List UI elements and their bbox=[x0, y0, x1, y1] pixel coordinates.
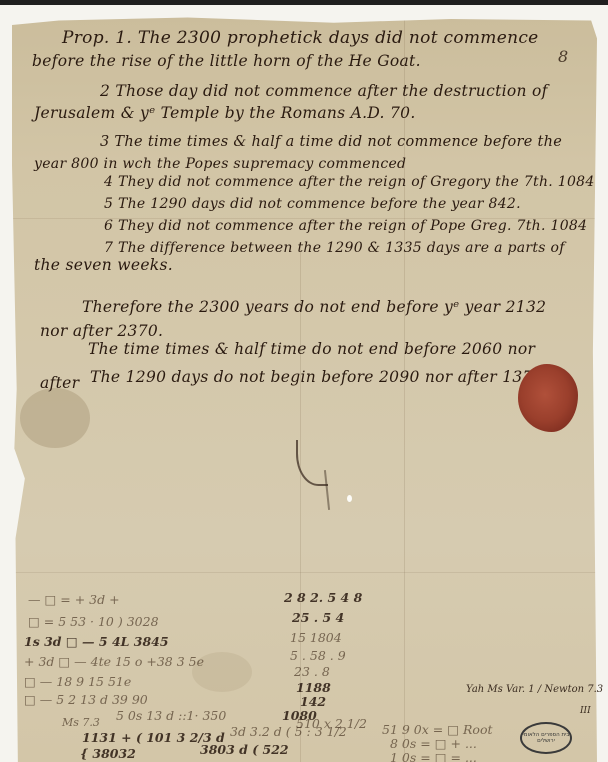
proposition-line: 7 The difference between the 1290 & 1335… bbox=[104, 240, 565, 256]
conclusion-line: after bbox=[40, 374, 79, 392]
calculation-line: 8 0s = □ + ... bbox=[390, 736, 477, 751]
proposition-line: 4 They did not commence after the reign … bbox=[104, 174, 595, 190]
calculation-line: 23 . 8 bbox=[294, 664, 330, 679]
fold-crease-vertical bbox=[404, 16, 405, 762]
calculation-line: □ = 5 53 · 10 ) 3028 bbox=[28, 614, 159, 629]
fold-crease-horizontal bbox=[12, 572, 597, 573]
conclusion-line: The 1290 days do not begin before 2090 n… bbox=[90, 368, 543, 386]
proposition-line: 2 Those day did not commence after the d… bbox=[100, 82, 548, 100]
proposition-line: 6 They did not commence after the reign … bbox=[104, 218, 587, 234]
calculation-line: 1 0s = □ = ... bbox=[390, 750, 477, 762]
conclusion-line: The time times & half time do not end be… bbox=[88, 340, 535, 358]
conclusion-line: Therefore the 2300 years do not end befo… bbox=[82, 298, 546, 316]
calculation-line: — □ = + 3d + bbox=[28, 592, 120, 607]
calculation-line: Ms 7.3 bbox=[62, 716, 100, 729]
calculation-line: 5 0s 13 d ::1· 350 bbox=[116, 708, 226, 723]
conclusion-line: nor after 2370. bbox=[40, 322, 163, 340]
paper-hole bbox=[347, 495, 352, 502]
archive-shelfmark: Yah Ms Var. 1 / Newton 7.3 bbox=[466, 684, 603, 695]
calculation-line: 51 9 0x = □ Root bbox=[382, 722, 493, 737]
calculation-line: 15 1804 bbox=[290, 630, 342, 645]
calculation-line: 2 8 2. 5 4 8 bbox=[284, 590, 362, 605]
water-stain bbox=[20, 388, 90, 448]
calculation-line: 3803 d ( 522 bbox=[200, 742, 289, 757]
calculation-line: 25 . 5 4 bbox=[292, 610, 344, 625]
calculation-line: □ — 18 9 15 51e bbox=[24, 674, 131, 689]
calculation-line: 5 . 58 . 9 bbox=[290, 648, 346, 663]
calculation-line: 1188 bbox=[296, 680, 331, 695]
calculation-line: 1s 3d □ — 5 4L 3845 bbox=[24, 634, 169, 649]
red-wax-seal bbox=[518, 364, 578, 432]
folio-number: III bbox=[580, 706, 591, 716]
proposition-line: the seven weeks. bbox=[34, 256, 173, 274]
calculation-line: + 3d □ — 4te 15 o +38 3 5e bbox=[24, 654, 204, 669]
proposition-line: 5 The 1290 days did not commence before … bbox=[104, 196, 521, 212]
proposition-line: Jerusalem & yᵉ Temple by the Romans A.D.… bbox=[34, 104, 416, 122]
library-stamp: בית הספרים הלאומי ירושלים bbox=[520, 722, 572, 754]
proposition-line: year 800 in wch the Popes supremacy comm… bbox=[34, 156, 406, 172]
calculation-line: { 38032 bbox=[80, 746, 136, 761]
page-number: 8 bbox=[558, 47, 568, 66]
calculation-line: 510 x 2 1/2 bbox=[296, 716, 367, 731]
calculation-line: □ — 5 2 13 d 39 90 bbox=[24, 692, 148, 707]
proposition-line: Prop. 1. The 2300 prophetick days did no… bbox=[62, 28, 539, 48]
proposition-line: before the rise of the little horn of th… bbox=[32, 52, 421, 70]
proposition-line: 3 The time times & half a time did not c… bbox=[100, 134, 562, 150]
calculation-line: 142 bbox=[300, 694, 326, 709]
